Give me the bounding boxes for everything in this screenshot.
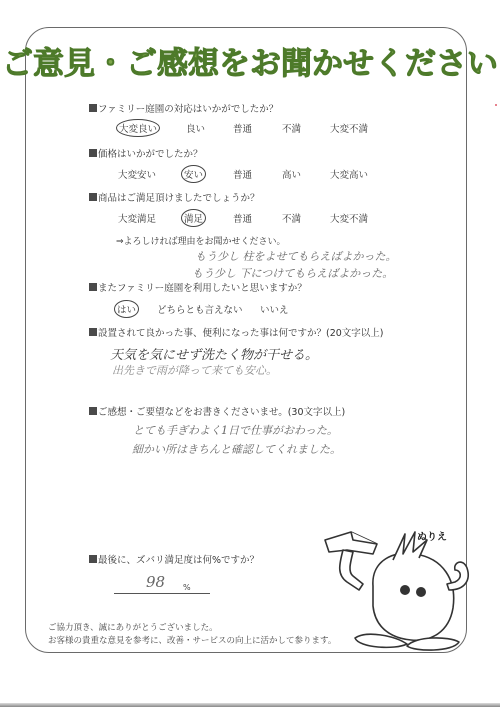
square-bullet-icon	[89, 283, 97, 291]
square-bullet-icon	[89, 104, 97, 112]
reason-prompt: ⇒よろしければ理由をお聞かせください。	[116, 234, 286, 247]
option-q1-very-dissatisfied[interactable]: 大変不満	[330, 121, 368, 135]
option-q3-very-dissatisfied[interactable]: 大変不満	[330, 211, 368, 225]
scan-artifact-dot	[495, 104, 497, 106]
q5-answer-line-2: 出先きで雨が降って来ても安心。	[112, 362, 277, 378]
footer-thanks: ご協力頂き、誠にありがとうございました。	[48, 621, 218, 633]
option-q4-yes[interactable]: はい	[114, 300, 139, 318]
question-4-label: またファミリー庭園を利用したいと思いますか？	[98, 283, 307, 294]
question-7-label: 最後に、ズバリ満足度は何%ですか？	[98, 555, 259, 566]
option-q2-expensive[interactable]: 高い	[282, 167, 301, 181]
question-1-label: ファミリー庭園の対応はいかがでしたか？	[98, 104, 278, 115]
question-5: 設置されて良かった事、便利になった事は何ですか？(20文字以上)	[89, 325, 384, 339]
page-title: ご意見・ご感想をお聞かせください	[0, 38, 500, 83]
option-q2-very-expensive[interactable]: 大変高い	[330, 167, 368, 181]
footer-note: お客様の貴重な意見を参考に、改善・サービスの向上に活かして参ります。	[48, 634, 336, 646]
option-q2-cheap[interactable]: 安い	[181, 165, 206, 183]
question-2: 価格はいかがでしたか？	[89, 146, 203, 160]
q6-answer-line-1: とても手ぎわよく1日で仕事がおわった。	[133, 422, 338, 438]
option-q2-normal[interactable]: 普通	[233, 167, 252, 181]
question-6-label: ご感想・ご要望などをお書きくださいませ。(30文字以上)	[98, 407, 345, 418]
option-q3-normal[interactable]: 普通	[233, 211, 252, 225]
question-7: 最後に、ズバリ満足度は何%ですか？	[89, 552, 259, 566]
reason-answer-line-1: もう少し 柱をよせてもらえばよかった。	[195, 248, 397, 264]
question-3: 商品はご満足頂けましたでしょうか？	[89, 190, 260, 204]
question-5-label: 設置されて良かった事、便利になった事は何ですか？(20文字以上)	[98, 328, 384, 339]
square-bullet-icon	[89, 407, 97, 415]
square-bullet-icon	[89, 555, 97, 563]
square-bullet-icon	[89, 328, 97, 336]
satisfaction-unit: %	[183, 583, 191, 592]
option-q4-no[interactable]: いいえ	[260, 302, 289, 316]
q5-answer-line-1: 天気を気にせず洗たく物が干せる。	[110, 344, 318, 363]
reason-answer-line-2: もう少し 下につけてもらえばよかった。	[192, 265, 393, 281]
satisfaction-value[interactable]: 98	[146, 573, 165, 591]
question-1: ファミリー庭園の対応はいかがでしたか？	[89, 101, 278, 115]
square-bullet-icon	[89, 149, 97, 157]
option-q1-very-good[interactable]: 大変良い	[116, 119, 160, 137]
option-q1-dissatisfied[interactable]: 不満	[282, 121, 301, 135]
option-q1-good[interactable]: 良い	[186, 121, 205, 135]
q6-answer-line-2: 細かい所はきちんと確認してくれました。	[132, 441, 341, 457]
option-q3-satisfied[interactable]: 満足	[181, 209, 206, 227]
question-2-label: 価格はいかがでしたか？	[98, 149, 203, 160]
option-q3-dissatisfied[interactable]: 不満	[282, 211, 301, 225]
question-6: ご感想・ご要望などをお書きくださいませ。(30文字以上)	[89, 404, 345, 418]
page-bottom-edge	[0, 703, 500, 707]
option-q2-very-cheap[interactable]: 大変安い	[118, 167, 156, 181]
mascot-illustration-icon	[315, 510, 485, 660]
option-q1-normal[interactable]: 普通	[233, 121, 252, 135]
option-q3-very-satisfied[interactable]: 大変満足	[118, 211, 156, 225]
satisfaction-underline	[114, 593, 210, 594]
option-q4-neither[interactable]: どちらとも言えない	[157, 302, 243, 316]
square-bullet-icon	[89, 193, 97, 201]
question-4: またファミリー庭園を利用したいと思いますか？	[89, 280, 307, 294]
question-3-label: 商品はご満足頂けましたでしょうか？	[98, 193, 260, 204]
